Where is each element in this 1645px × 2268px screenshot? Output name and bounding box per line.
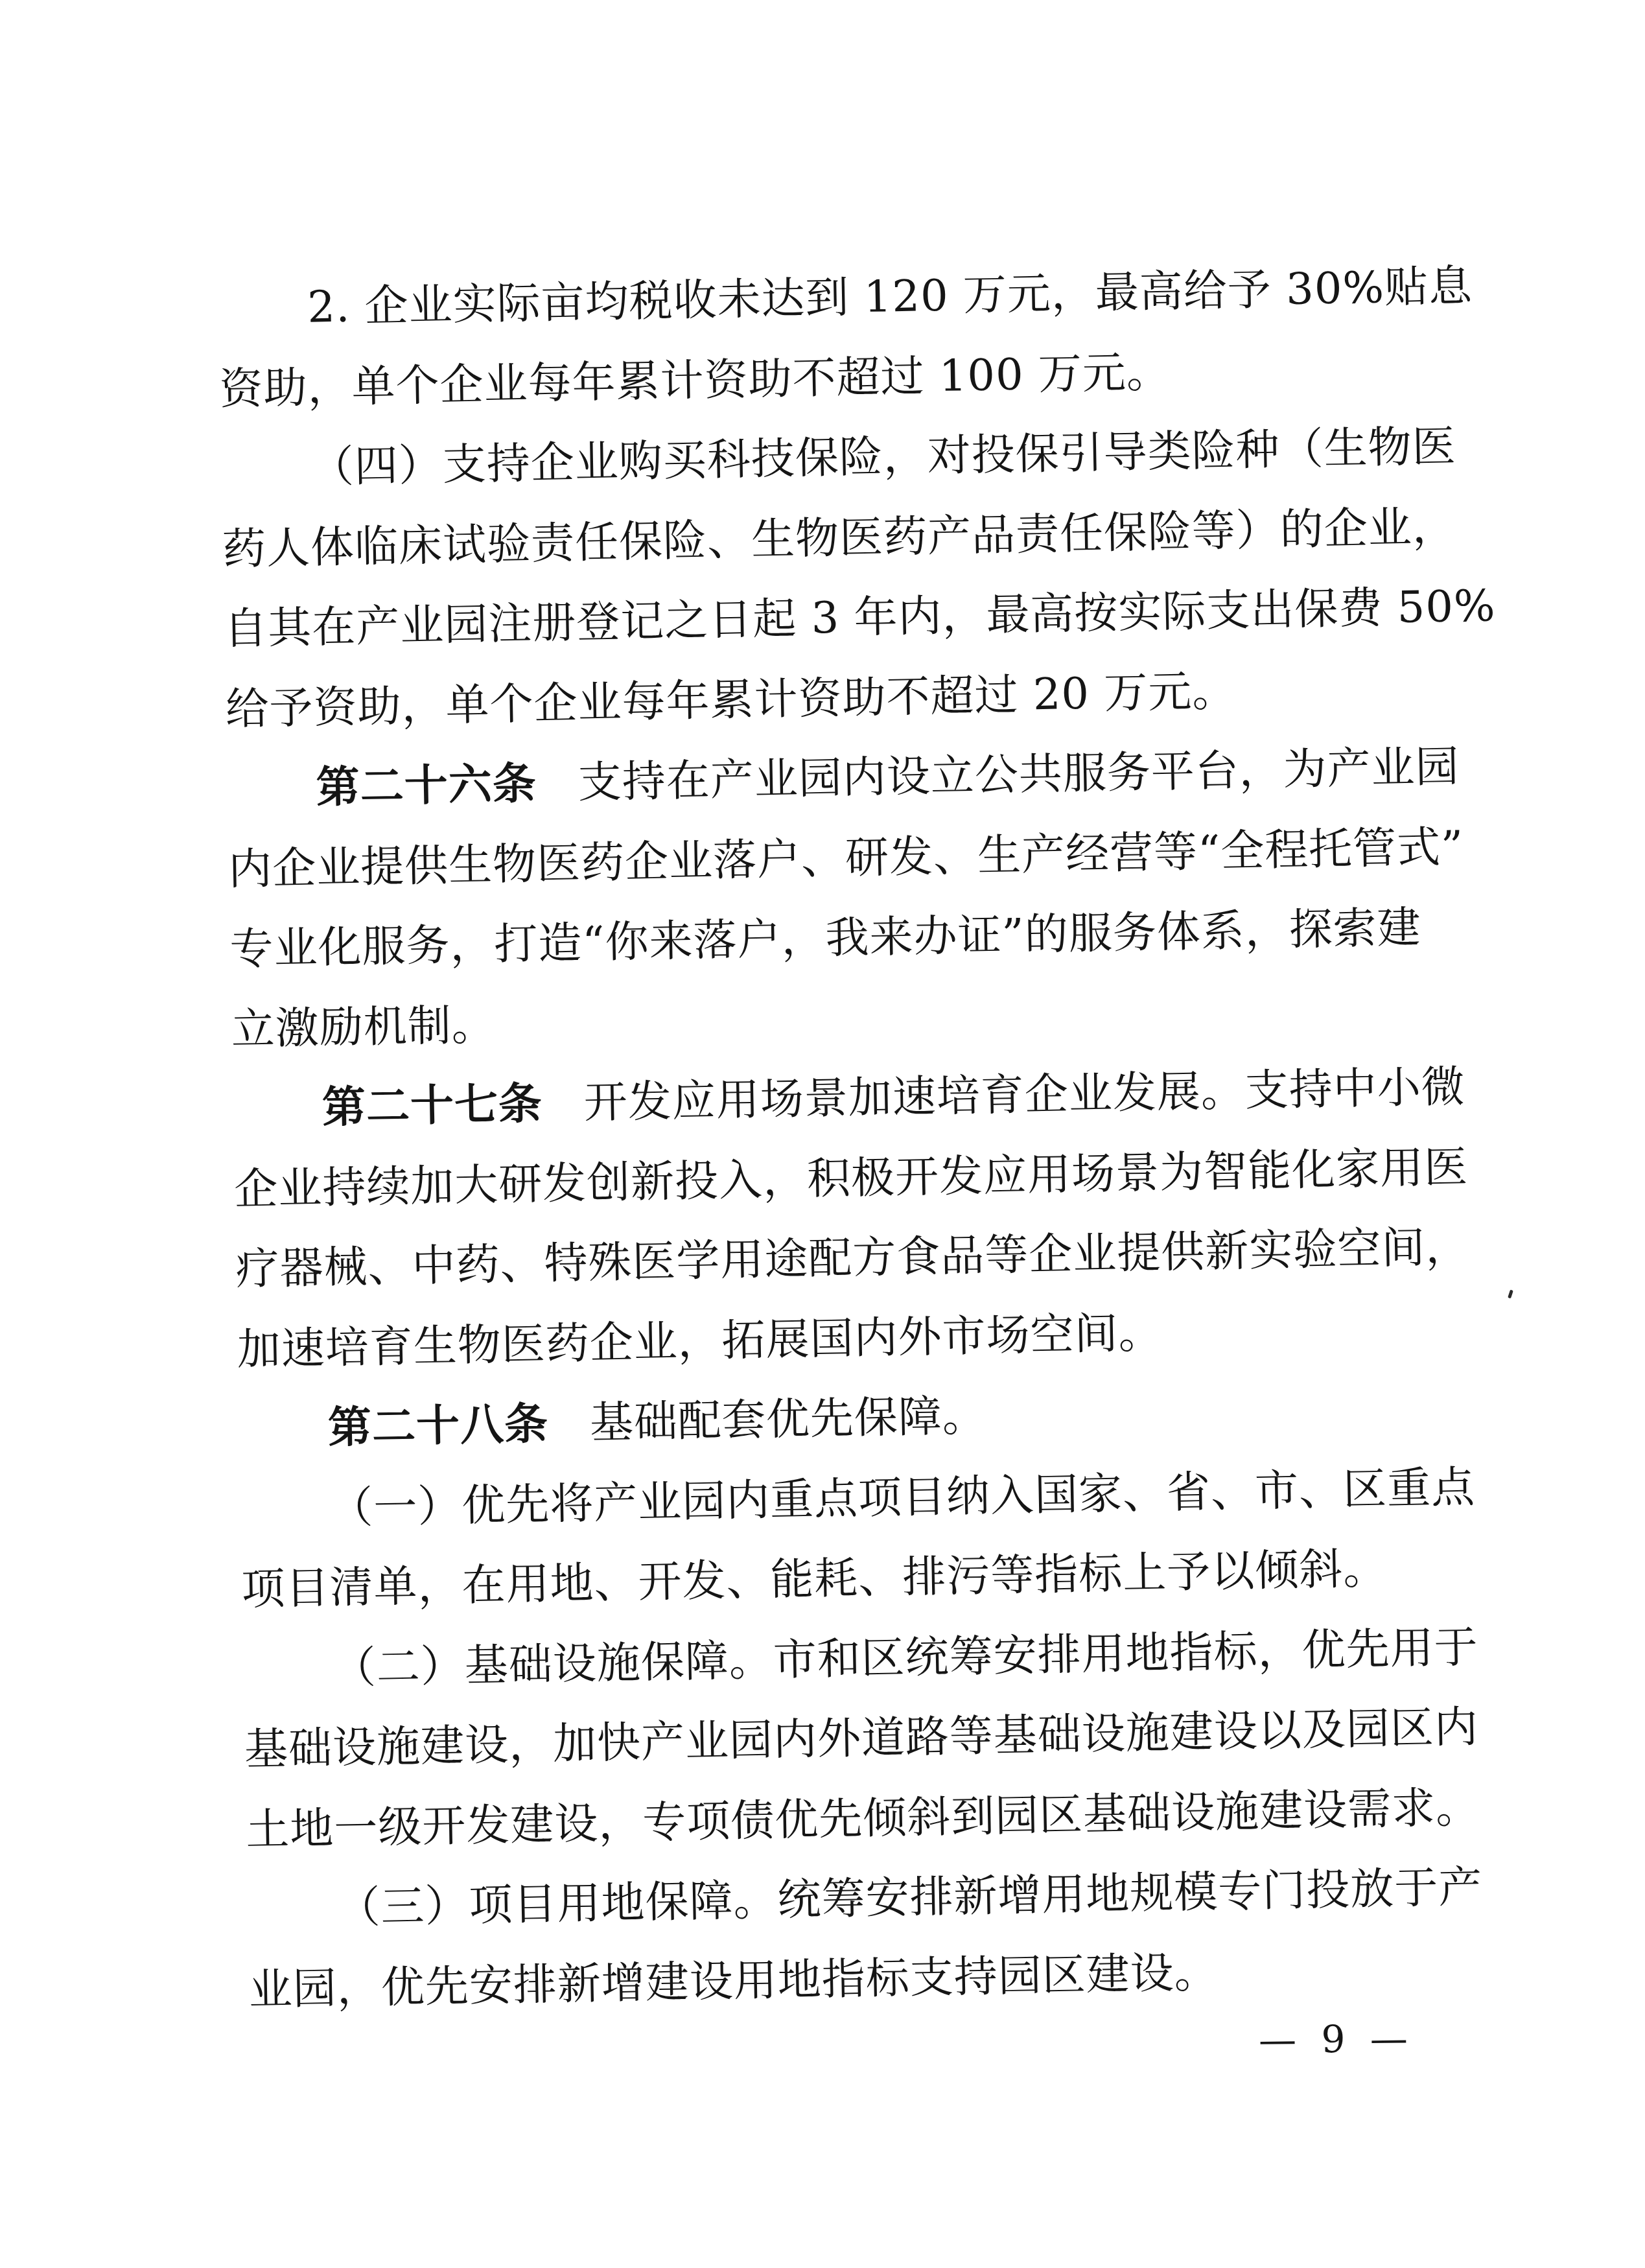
line-text: 项目清单，在用地、开发、能耗、排污等指标上予以倾斜。	[241, 1543, 1388, 1615]
line-text: 基础设施建设，加快产业园内外道路等基础设施建设以及园区内	[244, 1701, 1478, 1775]
line-text: 立激励机制。	[231, 999, 496, 1054]
line-text: 业园，优先安排新增建设用地指标支持园区建设。	[248, 1947, 1219, 2015]
article-heading: 第二十八条	[327, 1398, 548, 1453]
line-text: 内企业提供生物医药企业落户、研发、生产经营等“全程托管式”	[228, 821, 1465, 894]
line-text: （二）基础设施保障。市和区统筹安排用地指标，优先用于	[332, 1622, 1478, 1693]
line-text: 自其在产业园注册登记之日起 3 年内，最高按实际支出保费 50%	[224, 580, 1497, 654]
line-text: （三）项目用地保障。统筹安排新增用地规模专门投放于产	[336, 1862, 1483, 1933]
line-text: 开发应用场景加速培育企业发展。支持中小微	[583, 1061, 1465, 1128]
line-text: （一）优先将产业园内重点项目纳入国家、省、市、区重点	[329, 1462, 1476, 1533]
page-number: — 9 —	[1259, 2017, 1414, 2063]
line-text: 资助，单个企业每年累计资助不超过 100 万元。	[219, 346, 1171, 414]
line-text: （四）支持企业购买科技保险，对投保引导类险种（生物医	[310, 421, 1456, 492]
line-text: 疗器械、中药、特殊医学用途配方食品等企业提供新实验空间，	[235, 1221, 1470, 1294]
document-page: 2. 企业实际亩均税收未达到 120 万元，最高给予 30%贴息 资助，单个企业…	[0, 0, 1645, 2268]
article-heading: 第二十七条	[321, 1078, 542, 1132]
line-text: 支持在产业园内设立公共服务平台，为产业园	[577, 741, 1460, 808]
line-text: 专业化服务，打造“你来落户，我来办证”的服务体系，探索建	[229, 902, 1422, 974]
line-text: 2. 企业实际亩均税收未达到 120 万元，最高给予 30%贴息	[307, 261, 1473, 333]
line-text: 加速培育生物医药企业，拓展国内外市场空间。	[237, 1307, 1163, 1374]
line-text: 企业持续加大研发创新投入，积极开发应用场景为智能化家用医	[234, 1141, 1469, 1215]
line-text: 给予资助，单个企业每年累计资助不超过 20 万元。	[225, 665, 1237, 734]
line-text: 基础配套优先保障。	[589, 1390, 986, 1448]
line-text: 土地一级开发建设，专项债优先倾斜到园区基础设施建设需求。	[246, 1782, 1480, 1855]
document-body: 2. 企业实际亩均税收未达到 120 万元，最高给予 30%贴息 资助，单个企业…	[217, 247, 1458, 2030]
scan-artifact	[1508, 1290, 1513, 1299]
article-heading: 第二十六条	[316, 758, 537, 812]
line-text: 药人体临床试验责任保险、生物医药产品责任保险等）的企业，	[222, 501, 1456, 574]
